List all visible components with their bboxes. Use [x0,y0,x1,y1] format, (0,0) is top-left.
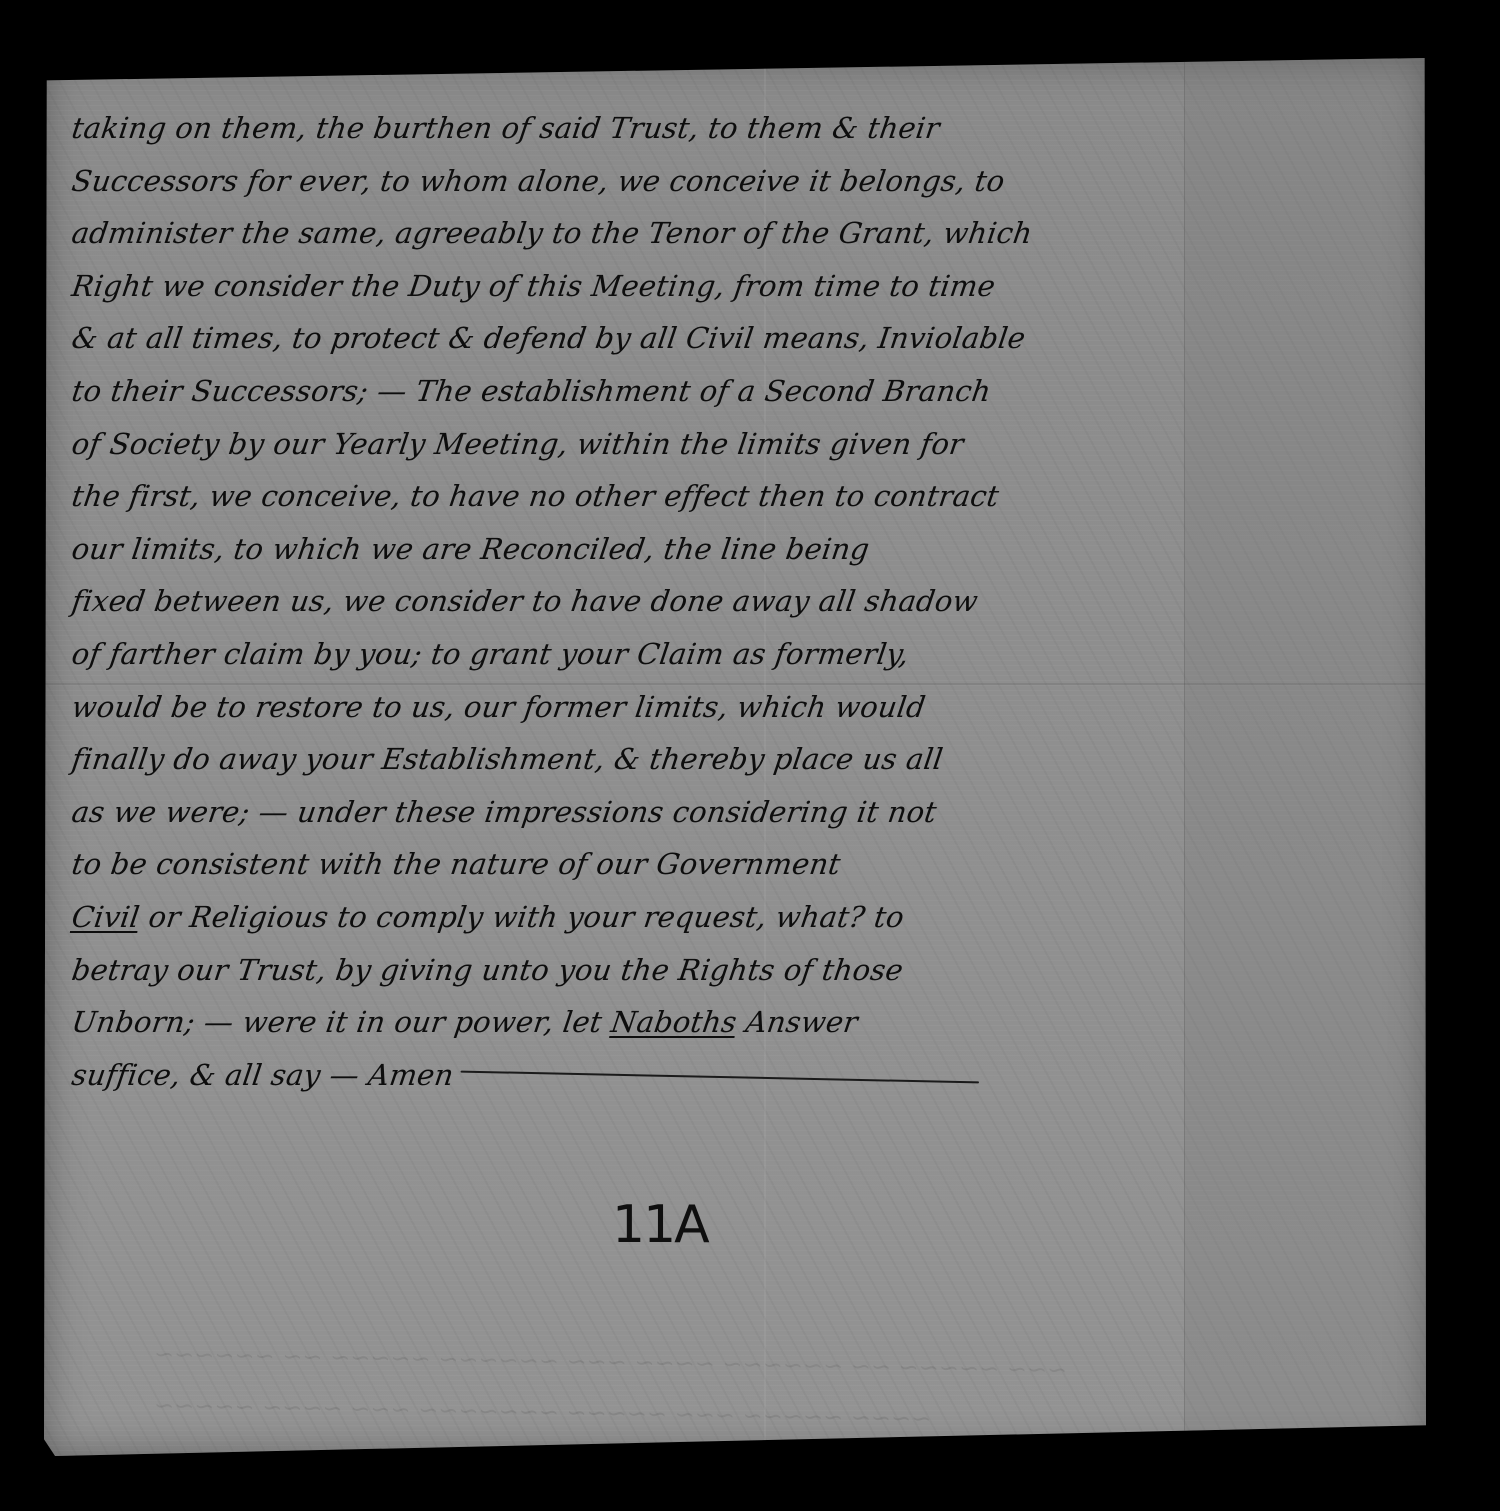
manuscript-line-6: to their Successors; — The establishment… [68,365,1175,418]
paper-fold-right [1184,58,1427,1456]
scan-frame: ~~~ ~~~~~ ~~ ~~~~~~ ~~~~ ~~~ ~~~~~~ ~~~~… [0,0,1500,1511]
manuscript-line-3: administer the same, agreeably to the Te… [68,207,1175,260]
line-remainder: or Religious to comply with your request… [137,900,906,934]
manuscript-line-13: finally do away your Establishment, & th… [68,733,1175,786]
closing-text: suffice, & all say — Amen [70,1058,456,1092]
manuscript-line-14: as we were; — under these impressions co… [68,786,1175,839]
manuscript-line-4: Right we consider the Duty of this Meeti… [68,260,1175,313]
manuscript-line-15: to be consistent with the nature of our … [68,838,1175,891]
manuscript-line-2: Successors for ever, to whom alone, we c… [68,155,1175,208]
manuscript-line-10: fixed between us, we consider to have do… [68,575,1175,628]
bleed-through-text: ~~~ ~~~~~ ~~ ~~~~~~ ~~~~ ~~~ ~~~~~~ ~~~~… [154,1340,1068,1384]
manuscript-line-18: Unborn; — were it in our power, let Nabo… [68,996,1175,1049]
manuscript-line-12: would be to restore to us, our former li… [68,681,1175,734]
manuscript-line-16: Civil or Religious to comply with your r… [68,891,1175,944]
closing-flourish-line [460,1070,979,1083]
manuscript-line-1: taking on them, the burthen of said Trus… [68,102,1175,155]
manuscript-line-9: our limits, to which we are Reconciled, … [68,523,1175,576]
page-number: 11A [612,1195,708,1255]
manuscript-line-5: & at all times, to protect & defend by a… [68,312,1175,365]
manuscript-line-11: of farther claim by you; to grant your C… [68,628,1175,681]
line-remainder: Answer [734,1005,860,1039]
bleed-through-text: ~~~~ ~~~~~ ~~~ ~~~~~ ~~~~~~~ ~~~ ~~~~ ~~… [154,1391,932,1433]
manuscript-text: taking on them, the burthen of said Trus… [72,102,1172,1101]
manuscript-line-17: betray our Trust, by giving unto you the… [68,944,1175,997]
manuscript-line-19: suffice, & all say — Amen [68,1049,1175,1102]
underlined-word-naboths: Naboths [609,1005,739,1039]
bleed-through-text: ~~~~~ ~~~~ ~~~~~ ~~~~~~~~ ~~~~ ~~~~~~ ~~… [154,1451,924,1492]
manuscript-line-7: of Society by our Yearly Meeting, within… [68,418,1175,471]
line-prefix: Unborn; — were it in our power, let [70,1005,614,1039]
underlined-word-civil: Civil [70,900,142,934]
manuscript-line-8: the first, we conceive, to have no other… [68,470,1175,523]
